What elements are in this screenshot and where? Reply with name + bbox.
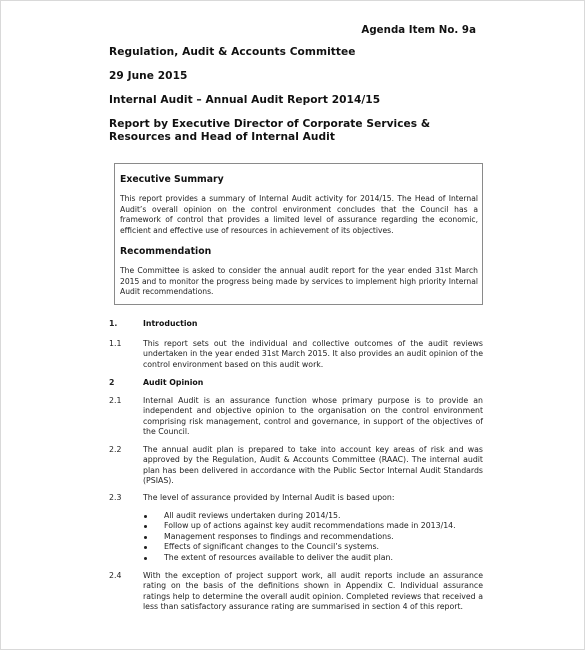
- recommendation-text: The Committee is asked to consider the a…: [120, 266, 478, 298]
- list-item: Effects of significant changes to the Co…: [143, 542, 456, 552]
- meeting-date: 29 June 2015: [109, 70, 187, 82]
- assurance-basis-list: All audit reviews undertaken during 2014…: [143, 511, 456, 563]
- paragraph-number: 2.4: [109, 571, 121, 580]
- bullet-icon: [144, 546, 147, 549]
- bullet-icon: [144, 515, 147, 518]
- paragraph-text: Internal Audit is an assurance function …: [143, 396, 483, 438]
- list-item: The extent of resources available to del…: [143, 553, 456, 563]
- executive-summary-box: Executive Summary This report provides a…: [114, 163, 483, 305]
- agenda-item-label: Agenda Item No. 9a: [361, 25, 476, 36]
- list-item: Management responses to findings and rec…: [143, 532, 456, 542]
- document-page: Agenda Item No. 9a Regulation, Audit & A…: [0, 0, 585, 650]
- paragraph-text: With the exception of project support wo…: [143, 571, 483, 613]
- section-heading-introduction: Introduction: [143, 319, 197, 328]
- list-item: Follow up of actions against key audit r…: [143, 521, 456, 531]
- committee-name: Regulation, Audit & Accounts Committee: [109, 46, 355, 58]
- paragraph-text: This report sets out the individual and …: [143, 339, 483, 370]
- report-title: Internal Audit – Annual Audit Report 201…: [109, 94, 380, 106]
- bullet-icon: [144, 525, 147, 528]
- bullet-icon: [144, 557, 147, 560]
- paragraph-number: 1.1: [109, 339, 121, 348]
- paragraph-text: The level of assurance provided by Inter…: [143, 493, 483, 503]
- section-heading-audit-opinion: Audit Opinion: [143, 378, 203, 387]
- executive-summary-text: This report provides a summary of Intern…: [120, 194, 478, 236]
- section-number: 1.: [109, 319, 117, 328]
- paragraph-number: 2.3: [109, 493, 121, 502]
- bullet-icon: [144, 536, 147, 539]
- paragraph-text: The annual audit plan is prepared to tak…: [143, 445, 483, 487]
- executive-summary-heading: Executive Summary: [120, 174, 224, 185]
- paragraph-number: 2.1: [109, 396, 121, 405]
- list-item: All audit reviews undertaken during 2014…: [143, 511, 456, 521]
- recommendation-heading: Recommendation: [120, 246, 211, 257]
- section-number: 2: [109, 378, 114, 387]
- paragraph-number: 2.2: [109, 445, 121, 454]
- report-author-line: Report by Executive Director of Corporat…: [109, 118, 484, 143]
